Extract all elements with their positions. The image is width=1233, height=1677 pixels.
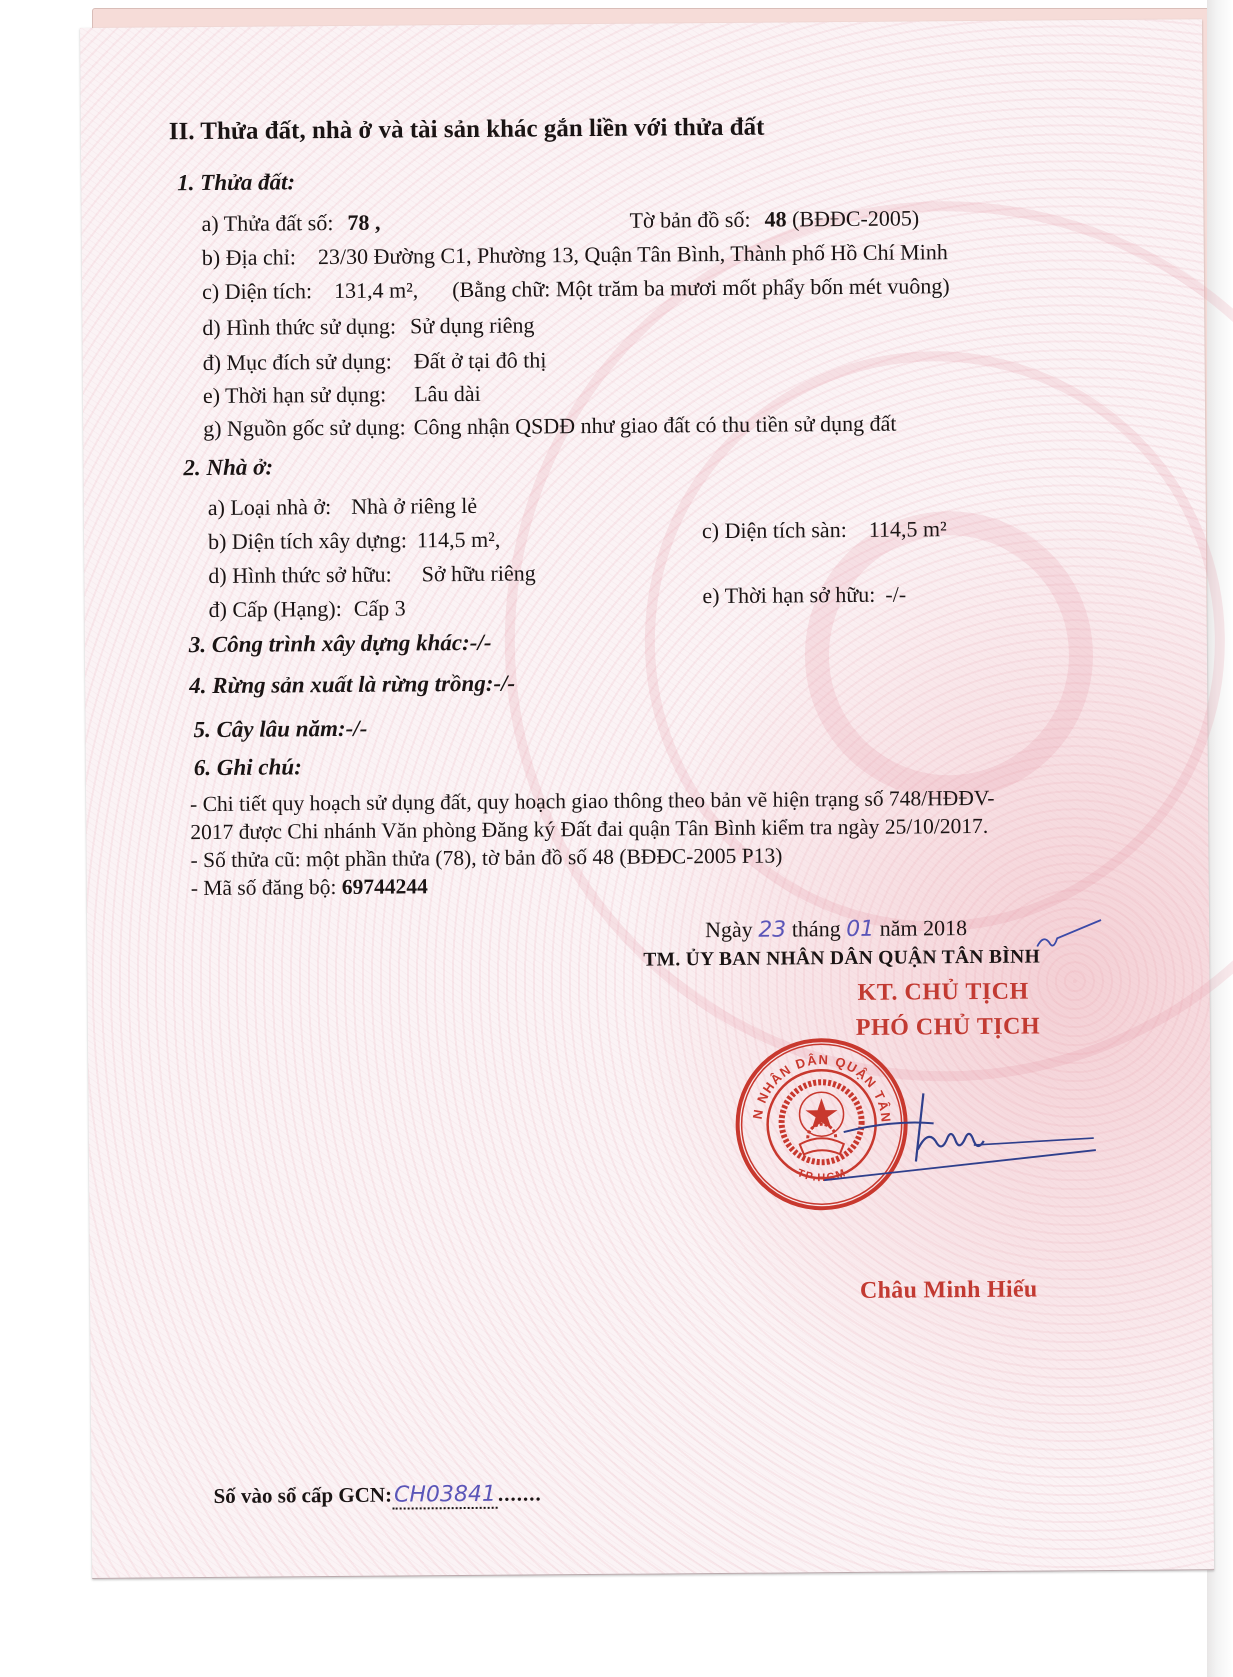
ownership-term-label: e) Thời hạn sở hữu:: [702, 582, 875, 609]
built-area-value: 114,5 m²,: [417, 527, 501, 554]
built-area-label: b) Diện tích xây dựng:: [208, 527, 407, 555]
use-purpose-value: Đất ở tại đô thị: [414, 347, 547, 374]
built-area-row: b) Diện tích xây dựng:114,5 m²,: [208, 527, 500, 555]
month-label: tháng: [792, 916, 841, 941]
role-line-1: KT. CHỦ TỊCH: [858, 979, 1029, 1006]
house-heading: 2. Nhà ở:: [183, 454, 273, 481]
map-sheet-row: Tờ bản đồ số:48 (BĐĐC-2005): [629, 205, 919, 233]
land-heading: 1. Thửa đất:: [177, 169, 295, 196]
parcel-label: a) Thửa đất số:: [201, 210, 333, 237]
ownership-value: Sở hữu riêng: [422, 560, 536, 587]
address-label: b) Địa chỉ:: [202, 244, 296, 271]
use-purpose-label: đ) Mục đích sử dụng:: [203, 349, 392, 376]
signature-icon: [823, 1070, 1104, 1192]
gcn-register-value: CH03841: [392, 1482, 498, 1510]
use-form-row: d) Hình thức sử dụng:Sử dụng riêng: [202, 312, 534, 341]
area-words: (Bằng chữ: Một trăm ba mươi mốt phẩy bốn…: [452, 273, 950, 303]
note-line-4: - Mã số đăng bộ: 69744244: [191, 873, 428, 901]
house-type-row: a) Loại nhà ở:Nhà ở riêng lẻ: [208, 493, 477, 521]
perennial-trees: 5. Cây lâu năm:-/-: [193, 716, 367, 743]
area-row: c) Diện tích:131,4 m²,(Bằng chữ: Một tră…: [202, 273, 950, 305]
origin-label: g) Nguồn gốc sử dụng:: [203, 414, 406, 442]
year-label: năm: [880, 915, 918, 940]
map-sheet-label: Tờ bản đồ số:: [629, 207, 750, 234]
note-line-2: 2017 được Chi nhánh Văn phòng Đăng ký Đấ…: [190, 813, 988, 845]
area-label: c) Diện tích:: [202, 278, 312, 305]
date-day: 23: [758, 917, 786, 942]
issue-date: Ngày 23 tháng 01 năm 2018: [705, 915, 967, 944]
parcel-row: a) Thửa đất số:78 ,: [201, 210, 380, 237]
registry-code-label: - Mã số đăng bộ:: [191, 875, 337, 900]
origin-row: g) Nguồn gốc sử dụng:Công nhận QSDĐ như …: [203, 411, 897, 442]
note-line-1: - Chi tiết quy hoạch sử dụng đất, quy ho…: [190, 785, 995, 817]
grade-label: đ) Cấp (Hạng):: [208, 596, 341, 623]
date-prefix: Ngày: [705, 917, 753, 942]
grade-value: Cấp 3: [354, 595, 406, 621]
address-row: b) Địa chỉ:23/30 Đường C1, Phường 13, Qu…: [202, 239, 948, 271]
area-value: 131,4 m²,: [334, 277, 418, 304]
floor-area-label: c) Diện tích sàn:: [702, 517, 847, 544]
drum-watermark-center: [804, 510, 1094, 800]
use-term-row: e) Thời hạn sử dụng:Lâu dài: [203, 381, 481, 409]
gcn-register-dots: .......: [498, 1481, 542, 1505]
other-construction: 3. Công trình xây dựng khác:-/-: [189, 630, 492, 658]
date-year: 2018: [923, 915, 967, 940]
origin-value: Công nhận QSDĐ như giao đất có thu tiền …: [414, 411, 897, 441]
use-term-value: Lâu dài: [414, 381, 481, 408]
initial-mark-icon: [1035, 916, 1105, 957]
house-type-value: Nhà ở riêng lẻ: [351, 493, 477, 520]
section-title: II. Thửa đất, nhà ở và tài sản khác gắn …: [169, 115, 765, 146]
address-value: 23/30 Đường C1, Phường 13, Quận Tân Bình…: [318, 239, 948, 270]
house-type-label: a) Loại nhà ở:: [208, 494, 332, 521]
map-sheet-value: 48: [764, 206, 786, 232]
ownership-term-value: -/-: [885, 582, 906, 608]
use-term-label: e) Thời hạn sử dụng:: [203, 382, 386, 409]
grade-row: đ) Cấp (Hạng):Cấp 3: [208, 595, 405, 623]
forest: 4. Rừng sản xuất là rừng trồng:-/-: [189, 671, 515, 700]
certificate-page: II. Thửa đất, nhà ở và tài sản khác gắn …: [80, 19, 1214, 1579]
floor-area-row: c) Diện tích sàn:114,5 m²: [702, 516, 947, 544]
registry-code-value: 69744244: [342, 874, 428, 899]
map-sheet-suffix: (BĐĐC-2005): [792, 205, 919, 231]
signer-name: Châu Minh Hiếu: [860, 1277, 1038, 1304]
gcn-register-row: Số vào sổ cấp GCN:CH03841.......: [213, 1480, 541, 1510]
ownership-label: d) Hình thức sở hữu:: [208, 562, 392, 589]
gcn-register-label: Số vào sổ cấp GCN:: [213, 1483, 392, 1508]
date-month: 01: [846, 917, 874, 942]
note-line-3: - Số thửa cũ: một phần thửa (78), tờ bản…: [190, 843, 782, 874]
issuing-authority: TM. ỦY BAN NHÂN DÂN QUẬN TÂN BÌNH: [643, 944, 1040, 973]
use-form-value: Sử dụng riêng: [410, 312, 535, 339]
use-purpose-row: đ) Mục đích sử dụng:Đất ở tại đô thị: [203, 347, 547, 376]
notes-heading: 6. Ghi chú:: [194, 754, 302, 781]
use-form-label: d) Hình thức sử dụng:: [202, 314, 396, 342]
ownership-term-row: e) Thời hạn sở hữu:-/-: [702, 582, 906, 610]
parcel-value: 78 ,: [347, 210, 380, 236]
ownership-row: d) Hình thức sở hữu:Sở hữu riêng: [208, 560, 536, 589]
floor-area-value: 114,5 m²: [869, 516, 947, 543]
